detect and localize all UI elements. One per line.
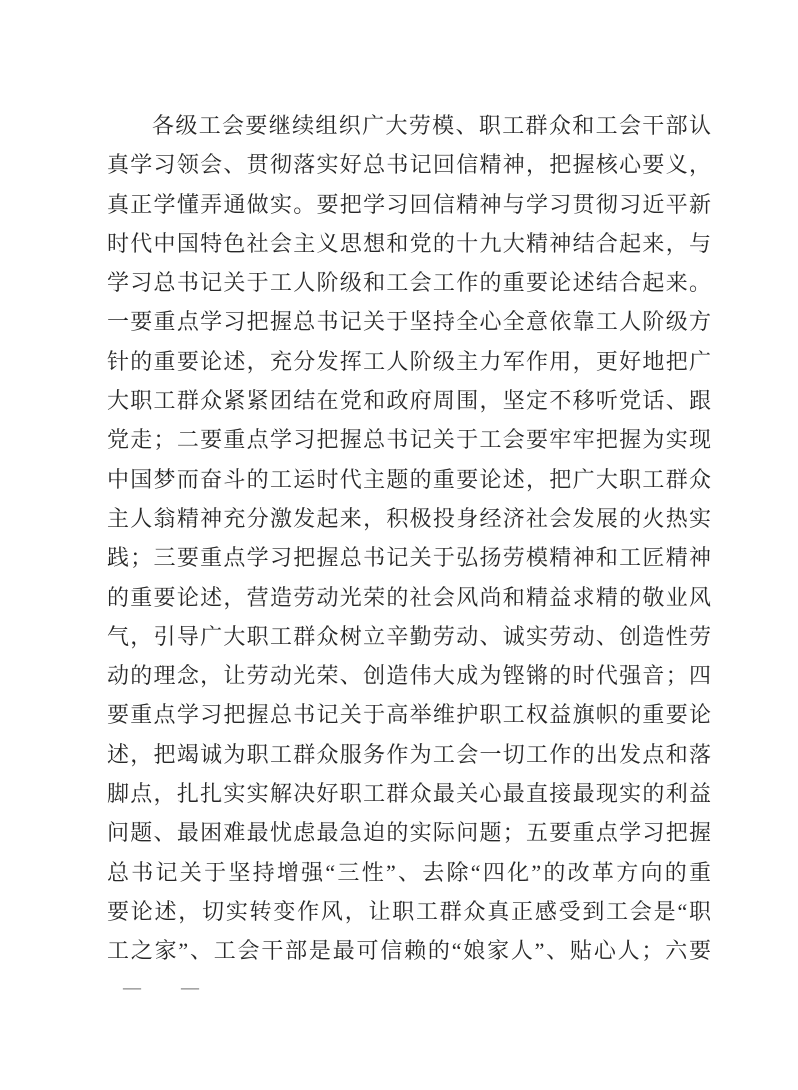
body-text-block: 各级工会要继续组织广大劳模、职工群众和工会干部认 真学习领会、贯彻落实好总书记回…: [107, 106, 711, 971]
text-line: 中国梦而奋斗的工运时代主题的重要论述，把广大职工群众: [107, 460, 711, 499]
footer-dash-left: —: [123, 977, 141, 997]
text-line: 的重要论述，营造劳动光荣的社会风尚和精益求精的敬业风: [107, 578, 711, 617]
document-page-background: { "page": { "background": "#ffffff", "te…: [0, 0, 798, 1090]
text-line: 总书记关于坚持增强“三性”、去除“四化”的改革方向的重: [107, 853, 711, 892]
document-page: 各级工会要继续组织广大劳模、职工群众和工会干部认 真学习领会、贯彻落实好总书记回…: [0, 0, 798, 1090]
text-line: 述，把竭诚为职工群众服务作为工会一切工作的出发点和落: [107, 735, 711, 774]
footer-dash-right: —: [181, 977, 199, 997]
text-line: 要重点学习把握总书记关于高举维护职工权益旗帜的重要论: [107, 695, 711, 734]
text-line: 主人翁精神充分激发起来，积极投身经济社会发展的火热实: [107, 499, 711, 538]
text-line: 各级工会要继续组织广大劳模、职工群众和工会干部认: [107, 106, 711, 145]
text-line: 问题、最困难最忧虑最急迫的实际问题；五要重点学习把握: [107, 813, 711, 852]
text-line: 动的理念，让劳动光荣、创造伟大成为铿锵的时代强音；四: [107, 656, 711, 695]
text-line: 针的重要论述，充分发挥工人阶级主力军作用，更好地把广: [107, 342, 711, 381]
page-number-footer: ——: [123, 977, 199, 997]
text-line: 党走；二要重点学习把握总书记关于工会要牢牢把握为实现: [107, 420, 711, 459]
text-line: 学习总书记关于工人阶级和工会工作的重要论述结合起来。: [107, 263, 711, 302]
text-line: 真正学懂弄通做实。要把学习回信精神与学习贯彻习近平新: [107, 185, 711, 224]
text-line: 脚点，扎扎实实解决好职工群众最关心最直接最现实的利益: [107, 774, 711, 813]
text-line: 大职工群众紧紧团结在党和政府周围，坚定不移听党话、跟: [107, 381, 711, 420]
text-line: 真学习领会、贯彻落实好总书记回信精神，把握核心要义，: [107, 145, 711, 184]
text-line: 要论述，切实转变作风，让职工群众真正感受到工会是“职: [107, 892, 711, 931]
text-line: 工之家”、工会干部是最可信赖的“娘家人”、贴心人；六要: [107, 931, 711, 970]
text-line: 时代中国特色社会主义思想和党的十九大精神结合起来，与: [107, 224, 711, 263]
text-line: 气，引导广大职工群众树立辛勤劳动、诚实劳动、创造性劳: [107, 617, 711, 656]
text-line: 践；三要重点学习把握总书记关于弘扬劳模精神和工匠精神: [107, 538, 711, 577]
text-line: 一要重点学习把握总书记关于坚持全心全意依靠工人阶级方: [107, 302, 711, 341]
